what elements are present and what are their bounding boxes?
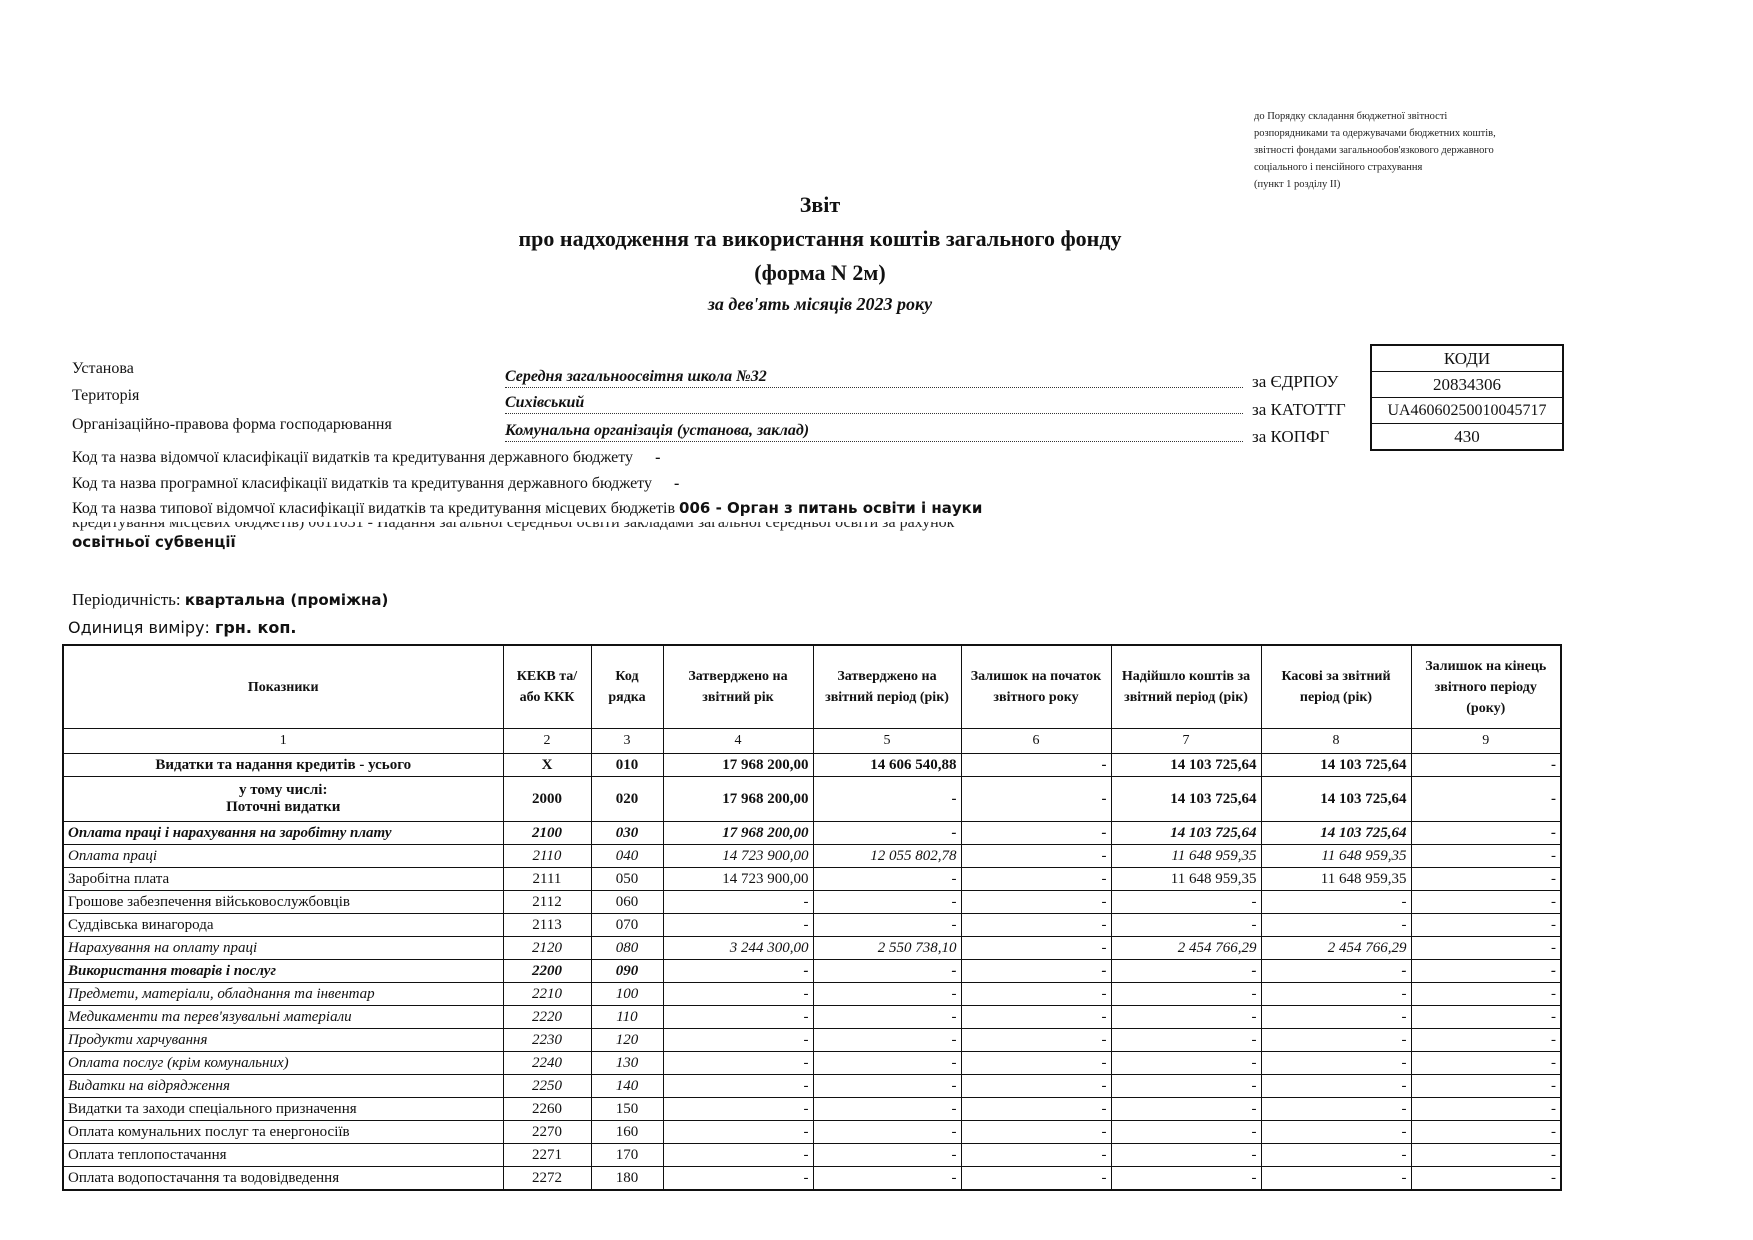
dept-class-label: Код та назва відомчої класифікації видат… [72, 449, 633, 466]
row-cash: - [1261, 1098, 1411, 1121]
row-received: - [1111, 1144, 1261, 1167]
periodicity-label: Періодичність: [72, 590, 181, 609]
row-balance-end: - [1411, 845, 1561, 868]
column-number: 6 [961, 729, 1111, 754]
row-approved-period: - [813, 777, 961, 822]
typical-class-value: 006 - Орган з питань освіти і науки [679, 499, 982, 517]
row-code: 180 [591, 1167, 663, 1191]
row-code: 060 [591, 891, 663, 914]
row-balance-start: - [961, 822, 1111, 845]
row-approved-period: - [813, 822, 961, 845]
row-approved-period: - [813, 1144, 961, 1167]
row-approved-year: - [663, 1098, 813, 1121]
table-row: Оплата праці і нарахування на заробітну … [63, 822, 1561, 845]
row-balance-start: - [961, 891, 1111, 914]
row-approved-period: - [813, 1121, 961, 1144]
row-indicator: Нарахування на оплату праці [63, 937, 503, 960]
edrpou-label: за ЄДРПОУ [1252, 372, 1338, 392]
codes-header: КОДИ [1371, 345, 1563, 372]
row-balance-end: - [1411, 983, 1561, 1006]
column-number: 3 [591, 729, 663, 754]
row-approved-period: - [813, 891, 961, 914]
title-line-2: про надходження та використання коштів з… [0, 222, 1640, 256]
report-table: Показники КЕКВ та/або ККК Код рядка Затв… [62, 644, 1562, 1191]
row-balance-end: - [1411, 1098, 1561, 1121]
row-cash: - [1261, 1144, 1411, 1167]
row-approved-year: - [663, 1167, 813, 1191]
row-balance-end: - [1411, 1006, 1561, 1029]
row-balance-end: - [1411, 868, 1561, 891]
row-balance-start: - [961, 845, 1111, 868]
row-balance-end: - [1411, 937, 1561, 960]
row-code: 150 [591, 1098, 663, 1121]
row-approved-year: - [663, 891, 813, 914]
row-balance-start: - [961, 1121, 1111, 1144]
codes-table: КОДИ 20834306 UA46060250010045717 430 [1370, 344, 1564, 451]
row-approved-period: 12 055 802,78 [813, 845, 961, 868]
row-kekv: 2200 [503, 960, 591, 983]
header-kekv: КЕКВ та/або ККК [503, 645, 591, 729]
header-balance-start: Залишок на початок звітного року [961, 645, 1111, 729]
row-cash: - [1261, 1006, 1411, 1029]
row-received: - [1111, 1052, 1261, 1075]
row-indicator: Видатки та заходи спеціального призначен… [63, 1098, 503, 1121]
row-code: 090 [591, 960, 663, 983]
territory-label: Територія [72, 387, 139, 405]
table-row: Оплата комунальних послуг та енергоносії… [63, 1121, 1561, 1144]
row-approved-period: - [813, 1006, 961, 1029]
row-indicator: Видатки на відрядження [63, 1075, 503, 1098]
row-kekv: 2250 [503, 1075, 591, 1098]
row-kekv: 2240 [503, 1052, 591, 1075]
unit-value: грн. коп. [215, 618, 297, 637]
row-kekv: 2112 [503, 891, 591, 914]
row-cash: - [1261, 983, 1411, 1006]
column-number: 8 [1261, 729, 1411, 754]
table-row: Грошове забезпечення військовослужбовців… [63, 891, 1561, 914]
row-code: 160 [591, 1121, 663, 1144]
report-title: Звіт про надходження та використання кош… [0, 188, 1640, 318]
legal-form-value: Комунальна організація (установа, заклад… [505, 422, 1243, 442]
row-indicator: Оплата послуг (крім комунальних) [63, 1052, 503, 1075]
row-cash: 14 103 725,64 [1261, 754, 1411, 777]
table-row: Оплата послуг (крім комунальних)2240130-… [63, 1052, 1561, 1075]
row-approved-year: - [663, 1006, 813, 1029]
row-approved-period: 14 606 540,88 [813, 754, 961, 777]
row-code: 130 [591, 1052, 663, 1075]
row-approved-period: - [813, 1075, 961, 1098]
row-balance-end: - [1411, 891, 1561, 914]
row-code: 050 [591, 868, 663, 891]
row-approved-year: 17 968 200,00 [663, 754, 813, 777]
row-balance-end: - [1411, 960, 1561, 983]
header-balance-end: Залишок на кінець звітного періоду (року… [1411, 645, 1561, 729]
row-cash: - [1261, 1121, 1411, 1144]
row-kekv: 2271 [503, 1144, 591, 1167]
local-program-continuation: освітньої субвенції [72, 533, 236, 551]
column-number: 1 [63, 729, 503, 754]
row-received: - [1111, 1006, 1261, 1029]
row-approved-year: - [663, 960, 813, 983]
row-code: 030 [591, 822, 663, 845]
row-kekv: 2111 [503, 868, 591, 891]
row-received: 2 454 766,29 [1111, 937, 1261, 960]
row-cash: - [1261, 960, 1411, 983]
row-cash: - [1261, 1167, 1411, 1191]
row-received: - [1111, 983, 1261, 1006]
row-approved-period: - [813, 983, 961, 1006]
row-approved-period: - [813, 914, 961, 937]
row-balance-end: - [1411, 754, 1561, 777]
row-approved-period: - [813, 1029, 961, 1052]
row-approved-year: - [663, 1029, 813, 1052]
row-code: 170 [591, 1144, 663, 1167]
header-approved-period: Затверджено на звітний період (рік) [813, 645, 961, 729]
periodicity: Періодичність: квартальна (проміжна) [72, 590, 388, 610]
column-number: 5 [813, 729, 961, 754]
row-approved-period: - [813, 868, 961, 891]
row-balance-start: - [961, 914, 1111, 937]
row-kekv: 2260 [503, 1098, 591, 1121]
table-body: Видатки та надання кредитів - усьогоX010… [63, 754, 1561, 1191]
row-indicator: Оплата праці і нарахування на заробітну … [63, 822, 503, 845]
row-balance-end: - [1411, 1052, 1561, 1075]
table-row: у тому числі: Поточні видатки200002017 9… [63, 777, 1561, 822]
table-row: Оплата водопостачання та водовідведення2… [63, 1167, 1561, 1191]
row-received: - [1111, 1075, 1261, 1098]
column-number-row: 123456789 [63, 729, 1561, 754]
table-row: Заробітна плата211105014 723 900,00--11 … [63, 868, 1561, 891]
row-kekv: 2110 [503, 845, 591, 868]
table-row: Медикаменти та перев'язувальні матеріали… [63, 1006, 1561, 1029]
table-row: Оплата праці211004014 723 900,0012 055 8… [63, 845, 1561, 868]
row-cash: 2 454 766,29 [1261, 937, 1411, 960]
header-approved-year: Затверджено на звітний рік [663, 645, 813, 729]
row-kekv: X [503, 754, 591, 777]
territory-value: Сихівський [505, 394, 1243, 414]
row-approved-year: 17 968 200,00 [663, 777, 813, 822]
row-balance-start: - [961, 937, 1111, 960]
program-class-label: Код та назва програмної класифікації вид… [72, 475, 652, 492]
row-balance-end: - [1411, 914, 1561, 937]
header-row-code: Код рядка [591, 645, 663, 729]
row-kekv: 2210 [503, 983, 591, 1006]
row-received: - [1111, 1167, 1261, 1191]
regulation-note: до Порядку складання бюджетної звітності… [1254, 108, 1574, 193]
row-balance-end: - [1411, 1167, 1561, 1191]
row-cash: - [1261, 891, 1411, 914]
row-received: - [1111, 914, 1261, 937]
row-received: - [1111, 1029, 1261, 1052]
row-indicator: Предмети, матеріали, обладнання та інвен… [63, 983, 503, 1006]
row-approved-year: 3 244 300,00 [663, 937, 813, 960]
typical-class-label: Код та назва типової відомчої класифікац… [72, 500, 675, 517]
row-approved-period: 2 550 738,10 [813, 937, 961, 960]
row-kekv: 2230 [503, 1029, 591, 1052]
edrpou-code: 20834306 [1371, 372, 1563, 398]
row-code: 010 [591, 754, 663, 777]
row-approved-year: - [663, 1121, 813, 1144]
row-approved-period: - [813, 960, 961, 983]
row-code: 110 [591, 1006, 663, 1029]
periodicity-value: квартальна (проміжна) [185, 591, 388, 609]
row-kekv: 2220 [503, 1006, 591, 1029]
katottg-code: UA46060250010045717 [1371, 398, 1563, 424]
row-indicator: Оплата водопостачання та водовідведення [63, 1167, 503, 1191]
dept-classification: Код та назва відомчої класифікації видат… [72, 449, 660, 467]
note-line: до Порядку складання бюджетної звітності [1254, 108, 1574, 125]
header-received: Надійшло коштів за звітний період (рік) [1111, 645, 1261, 729]
table-row: Суддівська винагорода2113070------ [63, 914, 1561, 937]
note-line: соціального і пенсійного страхування [1254, 159, 1574, 176]
header-indicators: Показники [63, 645, 503, 729]
title-period: за дев'ять місяців 2023 року [0, 290, 1640, 318]
row-received: 11 648 959,35 [1111, 868, 1261, 891]
table-row: Нарахування на оплату праці21200803 244 … [63, 937, 1561, 960]
row-cash: - [1261, 1029, 1411, 1052]
row-received: - [1111, 891, 1261, 914]
row-kekv: 2272 [503, 1167, 591, 1191]
row-balance-end: - [1411, 1144, 1561, 1167]
institution-label: Установа [72, 360, 134, 378]
row-indicator: Заробітна плата [63, 868, 503, 891]
row-code: 120 [591, 1029, 663, 1052]
row-received: 14 103 725,64 [1111, 754, 1261, 777]
program-class-value: - [674, 475, 679, 492]
row-balance-start: - [961, 1144, 1111, 1167]
row-received: 14 103 725,64 [1111, 777, 1261, 822]
row-code: 070 [591, 914, 663, 937]
row-balance-start: - [961, 868, 1111, 891]
row-approved-year: - [663, 1144, 813, 1167]
row-balance-start: - [961, 1075, 1111, 1098]
header-cash: Касові за звітний період (рік) [1261, 645, 1411, 729]
row-received: 11 648 959,35 [1111, 845, 1261, 868]
legal-form-label: Організаційно-правова форма господарюван… [72, 416, 392, 434]
table-row: Продукти харчування2230120------ [63, 1029, 1561, 1052]
row-approved-period: - [813, 1052, 961, 1075]
row-indicator: Оплата комунальних послуг та енергоносії… [63, 1121, 503, 1144]
unit-of-measure: Одиниця виміру: грн. коп. [68, 618, 296, 637]
row-cash: - [1261, 1052, 1411, 1075]
row-code: 100 [591, 983, 663, 1006]
row-indicator: Оплата праці [63, 845, 503, 868]
row-received: - [1111, 1121, 1261, 1144]
column-number: 7 [1111, 729, 1261, 754]
row-indicator: Медикаменти та перев'язувальні матеріали [63, 1006, 503, 1029]
row-balance-start: - [961, 983, 1111, 1006]
column-number: 9 [1411, 729, 1561, 754]
row-received: - [1111, 960, 1261, 983]
column-number: 2 [503, 729, 591, 754]
row-approved-year: 17 968 200,00 [663, 822, 813, 845]
row-code: 140 [591, 1075, 663, 1098]
table-row: Видатки та заходи спеціального призначен… [63, 1098, 1561, 1121]
institution-value: Середня загальноосвітня школа №32 [505, 368, 1243, 388]
row-approved-year: - [663, 1075, 813, 1098]
column-number: 4 [663, 729, 813, 754]
row-balance-start: - [961, 777, 1111, 822]
unit-label: Одиниця виміру: [68, 618, 210, 637]
row-cash: 11 648 959,35 [1261, 868, 1411, 891]
table-row: Використання товарів і послуг2200090----… [63, 960, 1561, 983]
row-balance-end: - [1411, 777, 1561, 822]
row-balance-end: - [1411, 1075, 1561, 1098]
table-row: Оплата теплопостачання2271170------ [63, 1144, 1561, 1167]
row-indicator: Використання товарів і послуг [63, 960, 503, 983]
row-approved-period: - [813, 1167, 961, 1191]
dept-class-value: - [655, 449, 660, 466]
row-cash: - [1261, 1075, 1411, 1098]
table-header-row: Показники КЕКВ та/або ККК Код рядка Затв… [63, 645, 1561, 729]
row-cash: 14 103 725,64 [1261, 822, 1411, 845]
title-form: (форма N 2м) [0, 256, 1640, 290]
row-balance-start: - [961, 1052, 1111, 1075]
row-indicator: Оплата теплопостачання [63, 1144, 503, 1167]
row-received: - [1111, 1098, 1261, 1121]
kopfg-code: 430 [1371, 424, 1563, 451]
table-row: Предмети, матеріали, обладнання та інвен… [63, 983, 1561, 1006]
row-approved-year: - [663, 914, 813, 937]
row-balance-end: - [1411, 1121, 1561, 1144]
row-kekv: 2120 [503, 937, 591, 960]
row-balance-start: - [961, 1029, 1111, 1052]
row-kekv: 2100 [503, 822, 591, 845]
kopfg-label: за КОПФГ [1252, 427, 1329, 447]
row-code: 040 [591, 845, 663, 868]
row-balance-end: - [1411, 1029, 1561, 1052]
row-indicator: Видатки та надання кредитів - усього [63, 754, 503, 777]
row-approved-period: - [813, 1098, 961, 1121]
katottg-label: за КАТОТТГ [1252, 400, 1346, 420]
table-row: Видатки на відрядження2250140------ [63, 1075, 1561, 1098]
row-code: 080 [591, 937, 663, 960]
row-balance-start: - [961, 1167, 1111, 1191]
row-cash: 14 103 725,64 [1261, 777, 1411, 822]
row-approved-year: 14 723 900,00 [663, 868, 813, 891]
row-balance-start: - [961, 1098, 1111, 1121]
row-indicator: Продукти харчування [63, 1029, 503, 1052]
note-line: звітності фондами загальнообов'язкового … [1254, 142, 1574, 159]
row-balance-end: - [1411, 822, 1561, 845]
row-approved-year: - [663, 983, 813, 1006]
row-code: 020 [591, 777, 663, 822]
row-approved-year: 14 723 900,00 [663, 845, 813, 868]
program-classification: Код та назва програмної класифікації вид… [72, 475, 679, 493]
row-cash: 11 648 959,35 [1261, 845, 1411, 868]
row-kekv: 2000 [503, 777, 591, 822]
row-kekv: 2270 [503, 1121, 591, 1144]
note-line: розпорядниками та одержувачами бюджетних… [1254, 125, 1574, 142]
row-received: 14 103 725,64 [1111, 822, 1261, 845]
row-balance-start: - [961, 960, 1111, 983]
row-balance-start: - [961, 754, 1111, 777]
row-indicator: Суддівська винагорода [63, 914, 503, 937]
row-kekv: 2113 [503, 914, 591, 937]
row-cash: - [1261, 914, 1411, 937]
table-row: Видатки та надання кредитів - усьогоX010… [63, 754, 1561, 777]
typical-classification: Код та назва типової відомчої класифікац… [72, 499, 982, 518]
row-indicator: Грошове забезпечення військовослужбовців [63, 891, 503, 914]
title-line-1: Звіт [0, 188, 1640, 222]
row-balance-start: - [961, 1006, 1111, 1029]
row-indicator: у тому числі: Поточні видатки [63, 777, 503, 822]
row-approved-year: - [663, 1052, 813, 1075]
